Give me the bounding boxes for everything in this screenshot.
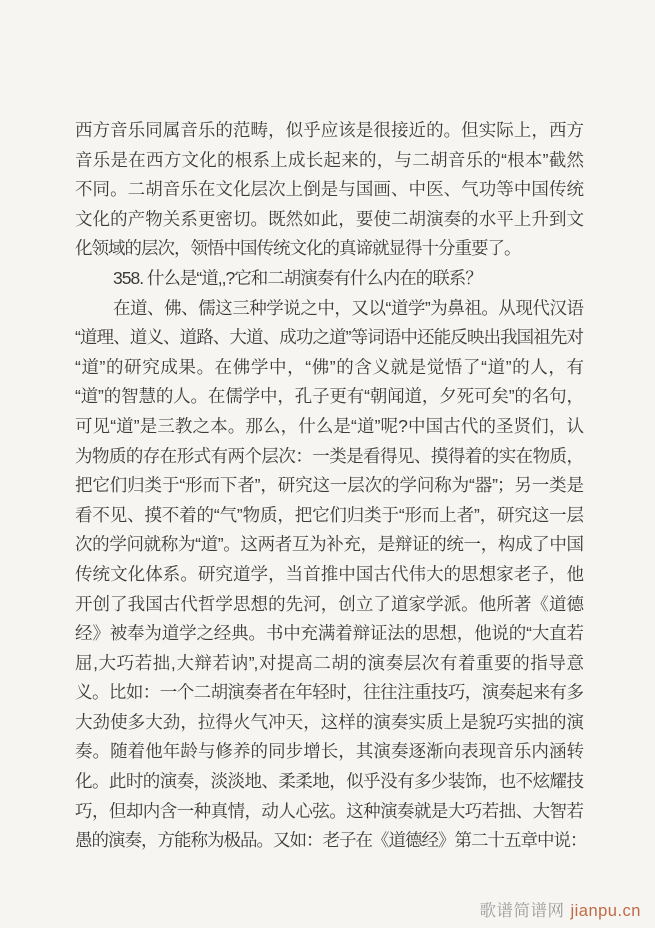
text-line: 开创了我国古代哲学思想的先河，创立了道家学派。他所著《道德 — [75, 590, 583, 620]
text-line: 在道、佛、儒这三种学说之中，又以“道学”为鼻祖。从现代汉语 — [75, 294, 583, 324]
text-line: 传统文化体系。研究道学，当首推中国古代伟大的思想家老子，他 — [75, 560, 583, 590]
text-line: 为物质的存在形式有两个层次：一类是看得见、摸得着的实在物质， — [75, 442, 583, 472]
text-line: 化领域的层次，领悟中国传统文化的真谛就显得十分重要了。 — [75, 234, 583, 264]
text-line: 把它们归类于“形而下者”，研究这一层次的学问称为“器”；另一类是 — [75, 471, 583, 501]
text-line: 可见“道”是三教之本。那么，什么是“道”呢?中国古代的圣贤们，认 — [75, 412, 583, 442]
watermark: 歌谱简谱网jianpu.cn — [479, 897, 641, 921]
text-line: 358. 什么是“道,,?它和二胡演奏有什么内在的联系？ — [75, 264, 583, 294]
text-line: 奏。随着他年龄与修养的同步增长，其演奏逐渐向表现音乐内涵转 — [75, 737, 583, 767]
text-line: 义。比如：一个二胡演奏者在年轻时，往往注重技巧，演奏起来有多 — [75, 678, 583, 708]
text-line: 巧，但却内含一种真情，动人心弦。这种演奏就是大巧若拙、大智若 — [75, 797, 583, 827]
text-line: “道”的研究成果。在佛学中，“佛”的含义就是觉悟了“道”的人，有 — [75, 353, 583, 383]
body-text: 西方音乐同属音乐的范畴，似乎应该是很接近的。但实际上，西方音乐是在西方文化的根系… — [75, 116, 583, 856]
text-line: 愚的演奏，方能称为极品。又如：老子在《道德经》第二十五章中说： — [75, 826, 583, 856]
text-line: 西方音乐同属音乐的范畴，似乎应该是很接近的。但实际上，西方 — [75, 116, 583, 146]
text-line: 经》被奉为道学之经典。书中充满着辩证法的思想，他说的“大直若 — [75, 619, 583, 649]
text-line: 文化的产物关系更密切。既然如此，要使二胡演奏的水平上升到文 — [75, 205, 583, 235]
text-line: 音乐是在西方文化的根系上成长起来的，与二胡音乐的“根本”截然 — [75, 146, 583, 176]
watermark-site-name: 歌谱简谱网 — [479, 902, 564, 920]
text-line: “道理、道义、道路、大道、成功之道”等词语中还能反映出我国祖先对 — [75, 323, 583, 353]
text-line: 看不见、摸不着的“气”物质，把它们归类于“形而上者”，研究这一层 — [75, 501, 583, 531]
text-line: 次的学问就称为“道”。这两者互为补充，是辩证的统一，构成了中国 — [75, 530, 583, 560]
scanned-book-page: 西方音乐同属音乐的范畴，似乎应该是很接近的。但实际上，西方音乐是在西方文化的根系… — [0, 0, 655, 928]
text-line: 大劲使多大劲，拉得火气冲天，这样的演奏实质上是貌巧实拙的演 — [75, 708, 583, 738]
text-line: 不同。二胡音乐在文化层次上倒是与国画、中医、气功等中国传统 — [75, 175, 583, 205]
text-line: 屈,大巧若拙,大辩若讷”,对提高二胡的演奏层次有着重要的指导意 — [75, 649, 583, 679]
text-line: 化。此时的演奏，淡淡地、柔柔地，似乎没有多少装饰，也不炫耀技 — [75, 767, 583, 797]
watermark-site-url: jianpu.cn — [570, 902, 641, 920]
text-line: “道”的智慧的人。在儒学中，孔子更有“朝闻道，夕死可矣”的名句， — [75, 382, 583, 412]
